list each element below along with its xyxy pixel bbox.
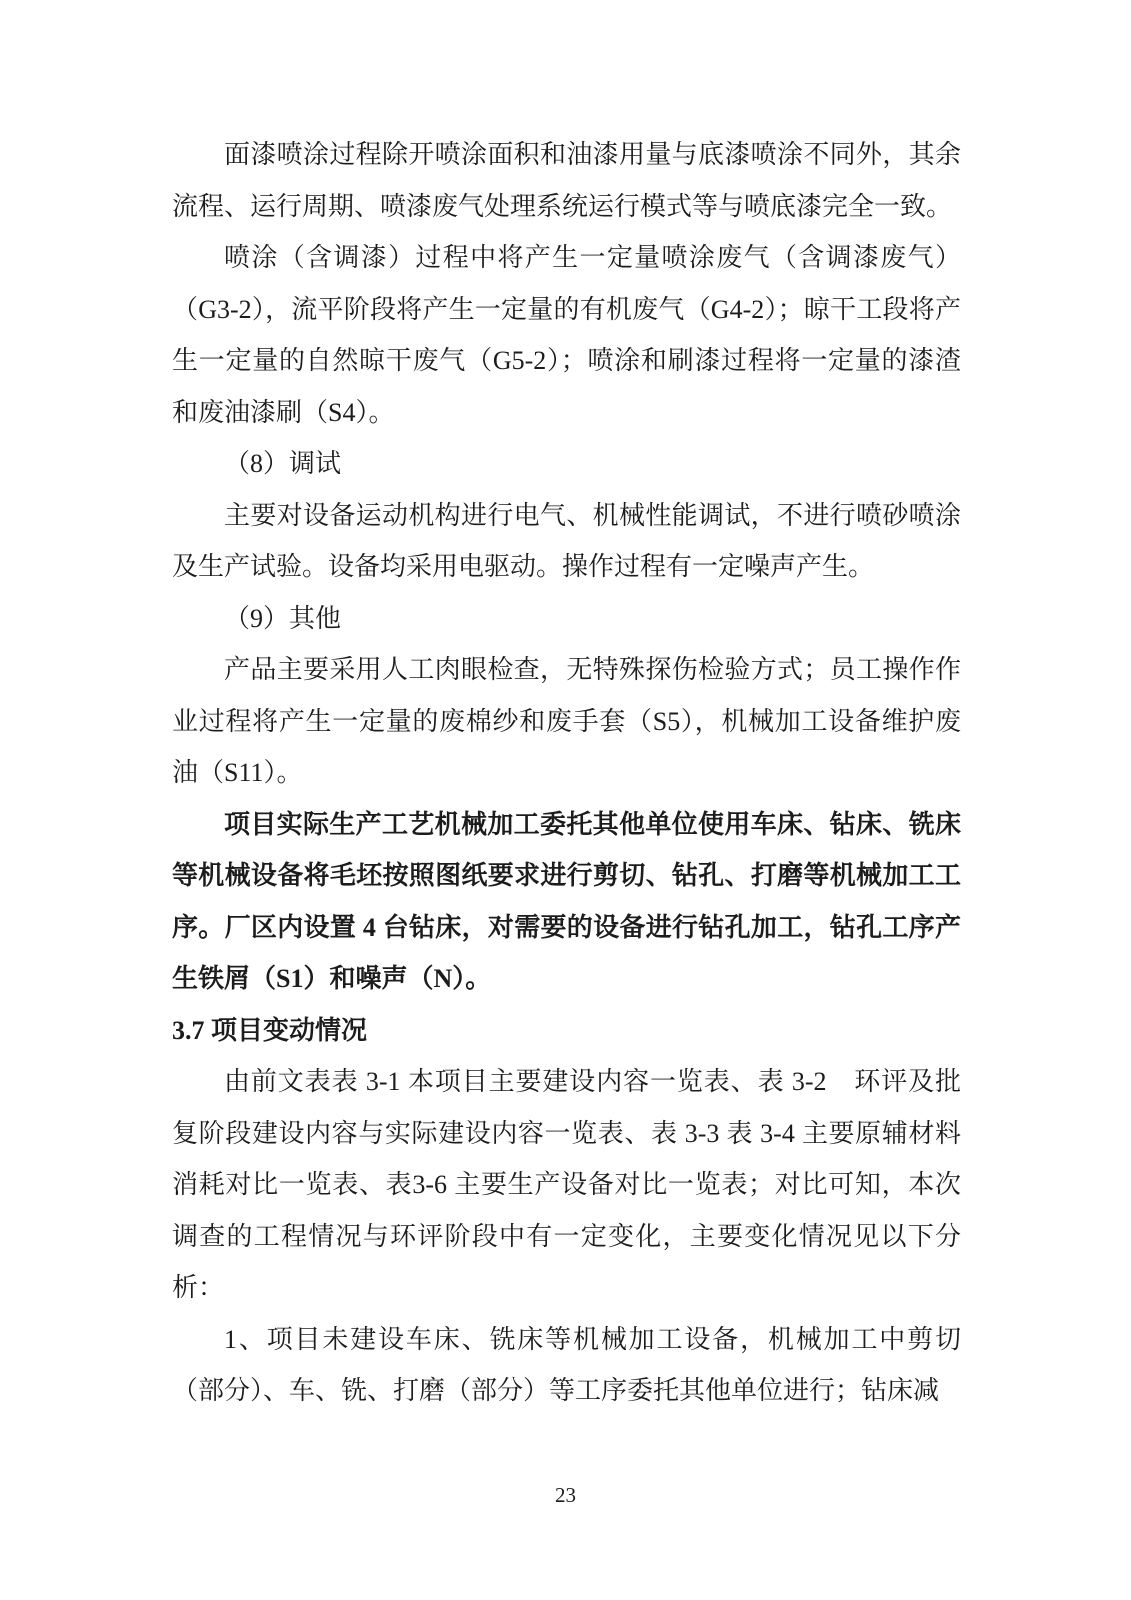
paragraph-spray-waste-gas: 喷涂（含调漆）过程中将产生一定量喷涂废气（含调漆废气）（G3-2），流平阶段将产… xyxy=(172,232,961,438)
paragraph-actual-machining-bold: 项目实际生产工艺机械加工委托其他单位使用车床、钻床、铣床等机械设备将毛坯按照图纸… xyxy=(172,799,961,1005)
paragraph-debugging-detail: 主要对设备运动机构进行电气、机械性能调试，不进行喷砂喷涂及生产试验。设备均采用电… xyxy=(172,490,961,593)
subheading-9-other: （9）其他 xyxy=(172,593,961,645)
document-body: 面漆喷涂过程除开喷涂面积和油漆用量与底漆喷涂不同外，其余流程、运行周期、喷漆废气… xyxy=(172,129,961,1417)
paragraph-topcoat-spray: 面漆喷涂过程除开喷涂面积和油漆用量与底漆喷涂不同外，其余流程、运行周期、喷漆废气… xyxy=(172,129,961,232)
subheading-8-debugging: （8）调试 xyxy=(172,438,961,490)
page-number: 23 xyxy=(0,1482,1131,1508)
paragraph-inspection-detail: 产品主要采用人工肉眼检查，无特殊探伤检验方式；员工操作作业过程将产生一定量的废棉… xyxy=(172,644,961,799)
paragraph-change-item-1: 1、项目未建设车床、铣床等机械加工设备，机械加工中剪切（部分）、车、铣、打磨（部… xyxy=(172,1314,961,1417)
section-heading-3-7: 3.7 项目变动情况 xyxy=(172,1005,961,1057)
paragraph-change-overview: 由前文表表 3-1 本项目主要建设内容一览表、表 3-2 环评及批复阶段建设内容… xyxy=(172,1056,961,1314)
document-page: 面漆喷涂过程除开喷涂面积和油漆用量与底漆喷涂不同外，其余流程、运行周期、喷漆废气… xyxy=(0,0,1131,1600)
